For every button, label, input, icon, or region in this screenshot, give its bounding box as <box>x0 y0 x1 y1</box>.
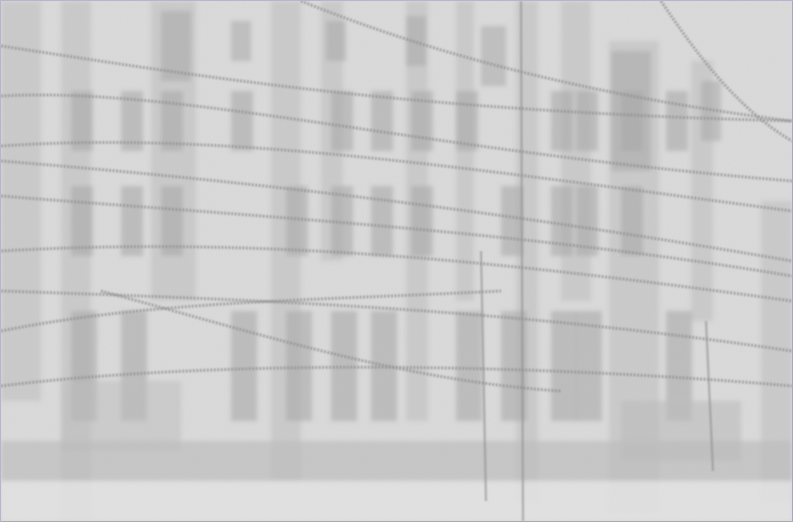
building-photograph <box>1 1 793 522</box>
photo-scene <box>1 1 792 521</box>
film-grain <box>1 1 792 521</box>
